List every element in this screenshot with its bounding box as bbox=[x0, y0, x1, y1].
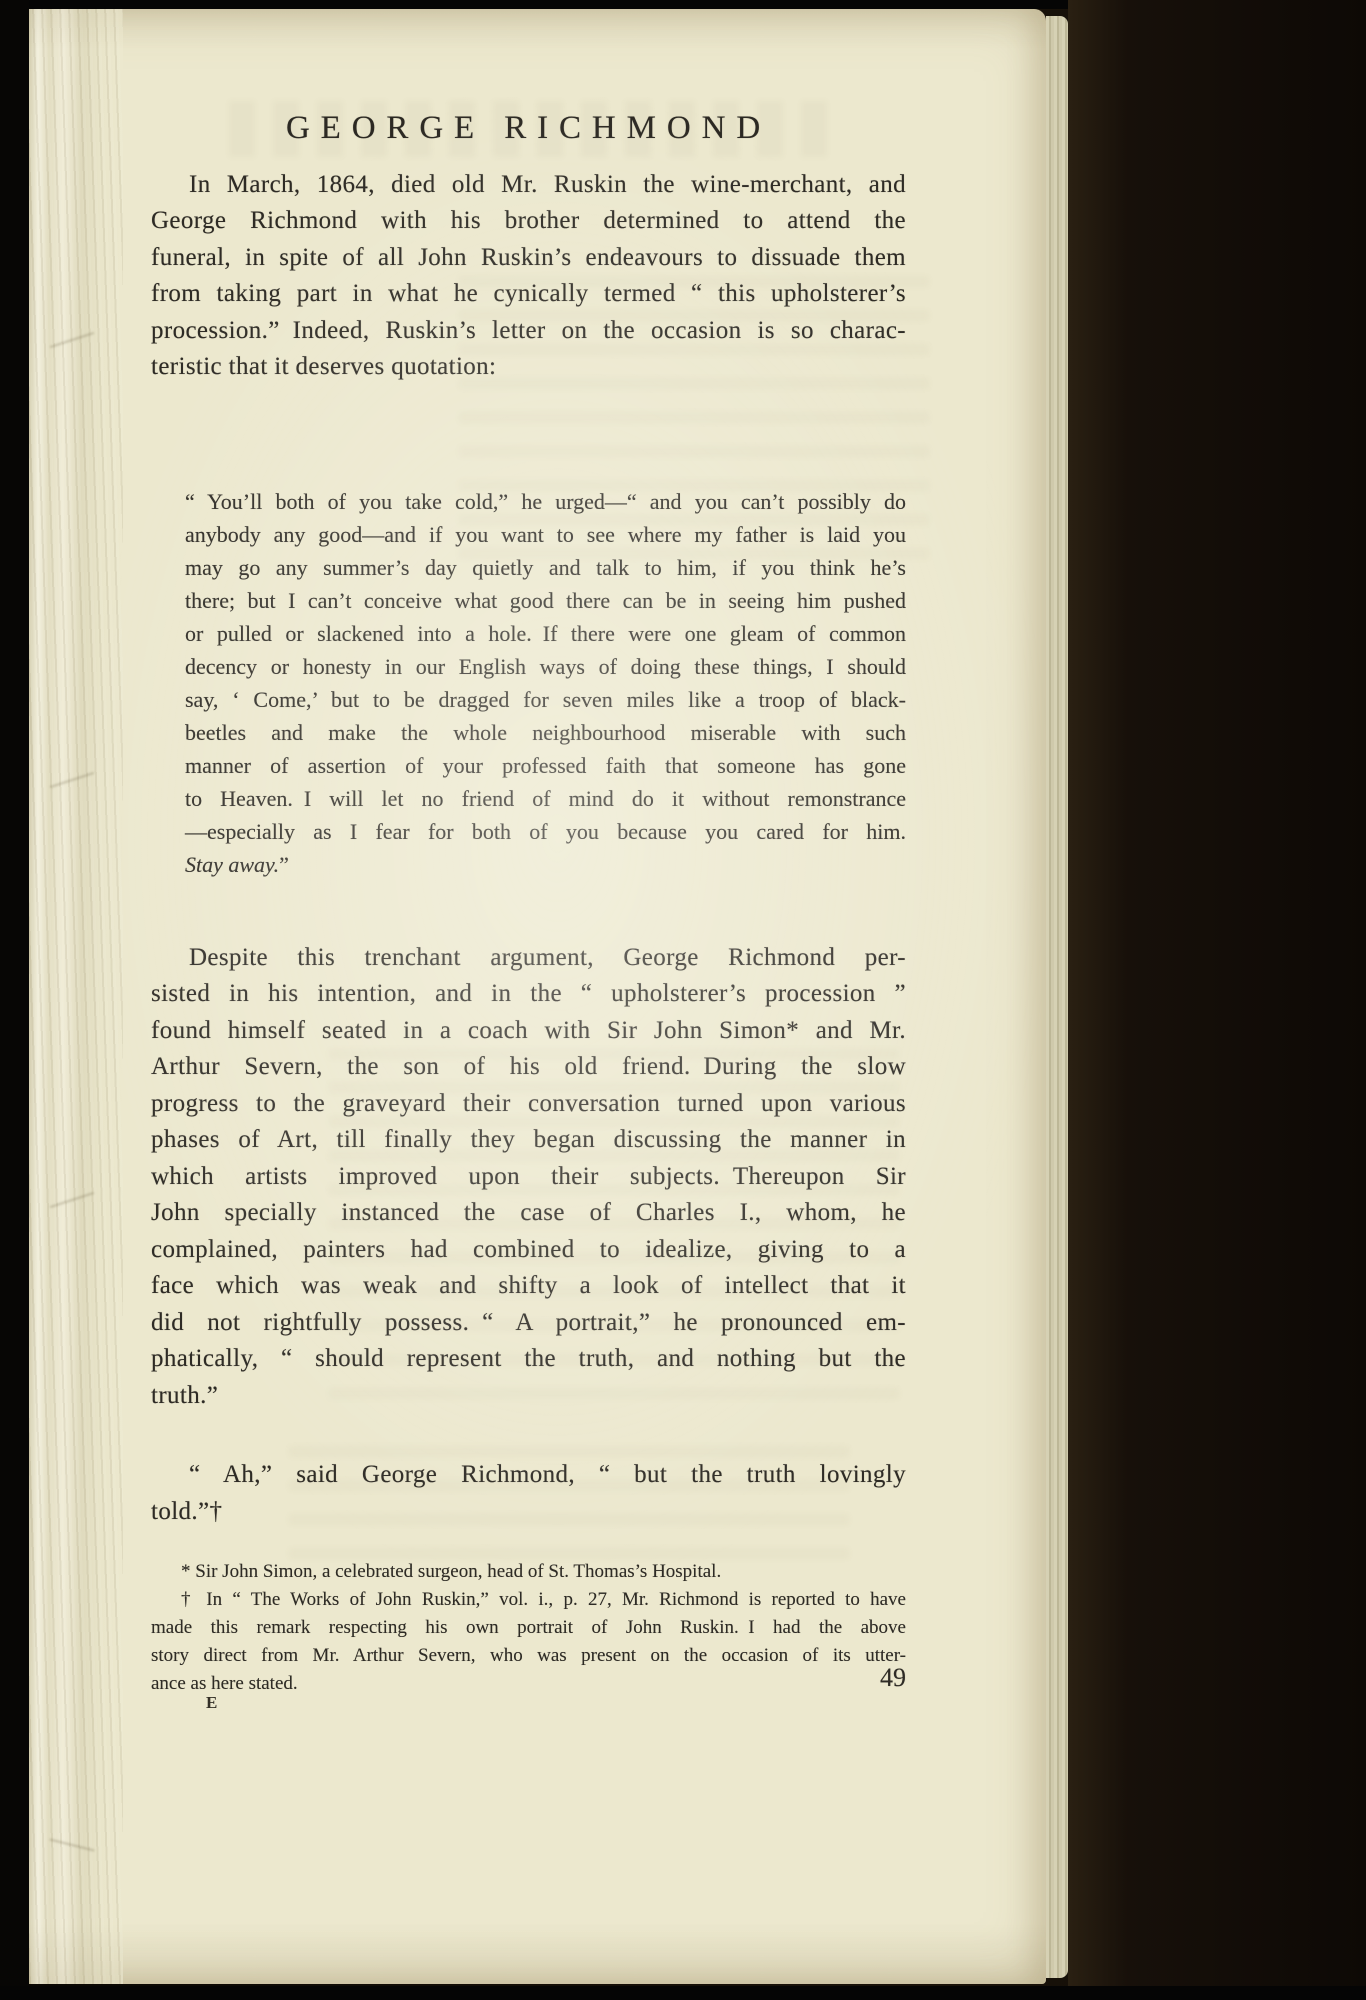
text-line: phatically, “ should represent the truth… bbox=[151, 1341, 906, 1378]
text-line: phases of Art, till finally they began d… bbox=[151, 1122, 906, 1159]
text-line: † In “ The Works of John Ruskin,” vol. i… bbox=[151, 1586, 906, 1614]
text-line: funeral, in spite of all John Ruskin’s e… bbox=[151, 240, 906, 277]
photo-border-bottom bbox=[0, 1986, 1366, 2000]
book-cover-background bbox=[1068, 0, 1366, 2000]
page-number: 49 bbox=[151, 1663, 906, 1693]
text-line: progress to the graveyard their conversa… bbox=[151, 1086, 906, 1123]
text-line: decency or honesty in our English ways o… bbox=[185, 650, 906, 683]
paragraph: In March, 1864, died old Mr. Ruskin the … bbox=[151, 167, 906, 386]
text-line: beetles and make the whole neighbourhood… bbox=[185, 716, 906, 749]
text-line: —especially as I fear for both of you be… bbox=[185, 815, 906, 848]
text-line: “ You’ll both of you take cold,” he urge… bbox=[185, 485, 906, 518]
closing-quote-mark: ” bbox=[279, 852, 289, 877]
text-line: Arthur Severn, the son of his old friend… bbox=[151, 1049, 906, 1086]
text-line: or pulled or slackened into a hole. If t… bbox=[185, 617, 906, 650]
letter-block-quote: “ You’ll both of you take cold,” he urge… bbox=[151, 485, 906, 848]
text-line: may go any summer’s day quietly and talk… bbox=[185, 551, 906, 584]
text-line: John specially instanced the case of Cha… bbox=[151, 1195, 906, 1232]
footnote: * Sir John Simon, a celebrated surgeon, … bbox=[151, 1558, 906, 1586]
text-line: * Sir John Simon, a celebrated surgeon, … bbox=[151, 1558, 906, 1586]
text-line: Despite this trenchant argument, George … bbox=[151, 940, 906, 977]
text-line: to Heaven. I will let no friend of mind … bbox=[185, 782, 906, 815]
page-stack-edge bbox=[1046, 16, 1068, 1978]
text-line: truth.” bbox=[151, 1378, 906, 1415]
chapter-title: GEORGE RICHMOND bbox=[151, 9, 906, 151]
text-line: which artists improved upon their subjec… bbox=[151, 1159, 906, 1196]
text-line: teristic that it deserves quotation: bbox=[151, 349, 906, 386]
photo-border-left bbox=[0, 0, 29, 2000]
text-line: complained, painters had combined to ide… bbox=[151, 1232, 906, 1269]
text-line: sisted in his intention, and in the “ up… bbox=[151, 976, 906, 1013]
letter-quote-closing-line: Stay away.” bbox=[151, 848, 906, 881]
text-line: say, ‘ Come,’ but to be dragged for seve… bbox=[185, 683, 906, 716]
text-line: did not rightfully possess. “ A portrait… bbox=[151, 1305, 906, 1342]
book-page: GEORGE RICHMOND In March, 1864, died old… bbox=[29, 9, 1046, 1984]
text-line: manner of assertion of your professed fa… bbox=[185, 749, 906, 782]
page-gutter-fold bbox=[29, 9, 123, 1984]
paragraph: Despite this trenchant argument, George … bbox=[151, 940, 906, 1415]
text-line: George Richmond with his brother determi… bbox=[151, 203, 906, 240]
text-line: made this remark respecting his own port… bbox=[151, 1614, 906, 1642]
paragraph: “ Ah,” said George Richmond, “ but the t… bbox=[151, 1457, 906, 1530]
text-line: from taking part in what he cynically te… bbox=[151, 276, 906, 313]
text-line: anybody any good—and if you want to see … bbox=[185, 518, 906, 551]
text-line: there; but I can’t conceive what good th… bbox=[185, 584, 906, 617]
text-line: procession.” Indeed, Ruskin’s letter on … bbox=[151, 313, 906, 350]
italic-phrase: Stay away. bbox=[185, 852, 279, 877]
text-line: told.”† bbox=[151, 1494, 906, 1531]
text-line: “ Ah,” said George Richmond, “ but the t… bbox=[151, 1457, 906, 1494]
page-content: GEORGE RICHMOND In March, 1864, died old… bbox=[151, 9, 906, 1698]
text-line: face which was weak and shifty a look of… bbox=[151, 1268, 906, 1305]
text-line: In March, 1864, died old Mr. Ruskin the … bbox=[151, 167, 906, 204]
book-photo: GEORGE RICHMOND In March, 1864, died old… bbox=[0, 0, 1366, 2000]
signature-mark: E bbox=[206, 1693, 218, 1713]
text-line: found himself seated in a coach with Sir… bbox=[151, 1013, 906, 1050]
